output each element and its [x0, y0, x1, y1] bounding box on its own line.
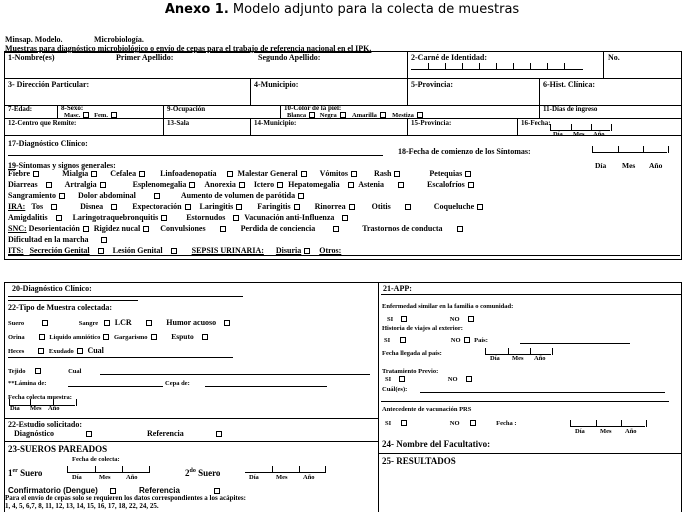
- symptom-checkbox[interactable]: [405, 204, 411, 210]
- symptom-label: Sangramiento: [8, 191, 56, 200]
- symptom-label: Cefalea: [110, 169, 136, 178]
- no-label: NO: [450, 316, 460, 323]
- symptom-checkbox[interactable]: [171, 248, 177, 254]
- label-tipo-muestra: 22-Tipo de Muestra colectada:: [8, 303, 112, 312]
- viajes-si-checkbox[interactable]: [400, 337, 406, 343]
- tratamiento-options: SI NO: [385, 375, 475, 384]
- label-centro-remite: 12-Centro que Remite:: [8, 119, 76, 128]
- symptom-checkbox[interactable]: [239, 182, 245, 188]
- suero-1-date-boxes[interactable]: [67, 466, 149, 473]
- symptom-checkbox[interactable]: [298, 193, 304, 199]
- label-edad: 7-Edad:: [8, 105, 32, 114]
- sample-label: Heces: [8, 348, 24, 355]
- symptom-label: Laringotraquebronquitis: [73, 213, 159, 222]
- symptom-label: Fiebre: [8, 169, 30, 178]
- anio-label: Año: [48, 405, 60, 412]
- symptom-label: Estornudos: [186, 213, 225, 222]
- si-label: SI: [385, 376, 391, 383]
- anio-label: Año: [303, 474, 315, 481]
- symptom-checkbox[interactable]: [349, 204, 355, 210]
- sample-label: Humor acuoso: [166, 318, 216, 327]
- symptom-checkbox[interactable]: [154, 193, 160, 199]
- label-municipio-2: 14-Municipio:: [254, 119, 296, 128]
- symptom-checkbox[interactable]: [294, 204, 300, 210]
- sexo-masc-checkbox[interactable]: [83, 112, 89, 118]
- symptom-checkbox[interactable]: [301, 171, 307, 177]
- suero-1-date-labels: DíaMesAño: [72, 474, 138, 481]
- ira-label: IRA:: [8, 202, 25, 211]
- symptom-checkbox[interactable]: [348, 182, 354, 188]
- si-label: SI: [384, 337, 390, 344]
- label-fecha-de-colecta: Fecha de colecta:: [72, 455, 120, 464]
- sample-label: Gargarismo: [114, 334, 148, 341]
- symptom-label: Astenia: [358, 180, 384, 189]
- cepa-input-line[interactable]: [205, 386, 327, 387]
- fecha-sintomas-boxes[interactable]: [592, 146, 667, 153]
- mes-label: Mes: [600, 428, 625, 435]
- estudio-row: Diagnóstico Referencia: [14, 429, 225, 438]
- fecha-colecta-labels: DíaMesAño: [10, 405, 60, 412]
- symptom-checkbox[interactable]: [236, 204, 242, 210]
- anio-label: Año: [126, 474, 138, 481]
- symptom-checkbox[interactable]: [111, 204, 117, 210]
- symptom-label: Artralgia: [65, 180, 97, 189]
- sample-label: Exudado: [49, 348, 74, 355]
- sample-checkbox[interactable]: [146, 320, 152, 326]
- label-viajes: Historia de viajes al exterior:: [382, 324, 463, 333]
- label-fecha-sintomas: 18-Fecha de comienzo de los Síntomas:: [398, 147, 531, 156]
- symptom-label: Disuria: [276, 246, 301, 255]
- symptom-label: Aumento de volumen de parótida: [181, 191, 295, 200]
- symptom-checkbox[interactable]: [59, 193, 65, 199]
- color-mestiza-checkbox[interactable]: [417, 112, 423, 118]
- symptom-label: Rinorrea: [315, 202, 346, 211]
- cual-input-line[interactable]: [100, 374, 370, 375]
- symptom-label: Linfoadenopatía: [160, 169, 216, 178]
- sample-label: Suero: [8, 320, 24, 327]
- symptom-label: Desorientación: [29, 224, 80, 233]
- label-dias-ingreso: 11-Días de ingreso: [543, 105, 597, 114]
- header-microbiologia: Microbiología.: [94, 35, 144, 44]
- note-line-2: 1, 4, 5, 6,7, 8, 11, 12, 13, 14, 15, 16,…: [5, 502, 159, 511]
- color-amarilla-checkbox[interactable]: [380, 112, 386, 118]
- symptom-checkbox[interactable]: [33, 171, 39, 177]
- fecha-llegada-boxes[interactable]: [485, 348, 551, 355]
- sample-checkbox[interactable]: [151, 334, 157, 340]
- pais-label: País:: [474, 337, 488, 344]
- vacunacion-fecha-labels: DíaMesAño: [575, 428, 637, 435]
- symptom-checkbox[interactable]: [101, 237, 107, 243]
- symptom-label: Perdida de conciencia: [241, 224, 316, 233]
- label-facultativo: 24- Nombre del Facultativo:: [382, 439, 490, 449]
- enfermedad-si-checkbox[interactable]: [401, 316, 407, 322]
- dia-label: Día: [10, 405, 30, 412]
- label-estudio: 22-Estudio solicitado:: [8, 420, 82, 429]
- label-vacunacion: Antecedente de vacunación PRS: [382, 405, 471, 414]
- its-label: ITS:: [8, 246, 24, 255]
- sample-checkbox[interactable]: [42, 320, 48, 326]
- muestra-row-1: Suero Sangre LCR Humor acuoso: [8, 318, 233, 328]
- sintomas-row-3: Sangramiento Dolor abdominal Aumento de …: [8, 191, 307, 200]
- symptom-label: Escalofríos: [427, 180, 465, 189]
- tratamiento-si-checkbox[interactable]: [399, 376, 405, 382]
- snc-row-1: SNC: Desorientación Rigidez nucal Convul…: [8, 224, 466, 233]
- page-title: Anexo 1. Modelo adjunto para la colecta …: [0, 2, 684, 17]
- symptom-label: Secreción Genital: [30, 246, 90, 255]
- its-row: ITS: Secreción Genital Lesión Genital SE…: [8, 246, 341, 255]
- symptom-label: Amigdalitis: [8, 213, 48, 222]
- color-negra-checkbox[interactable]: [340, 112, 346, 118]
- symptom-label: Tos: [31, 202, 43, 211]
- symptom-label: Hepatomegalia: [288, 180, 340, 189]
- symptom-checkbox[interactable]: [477, 204, 483, 210]
- anio-label: Año: [625, 428, 637, 435]
- sample-checkbox[interactable]: [104, 320, 110, 326]
- symptom-checkbox[interactable]: [398, 182, 404, 188]
- snc-row-2: Dificultad en la marcha: [8, 235, 110, 244]
- label-fecha: 16-Fecha:: [521, 119, 551, 128]
- symptom-label: Ictero: [254, 180, 274, 189]
- suero2-word: Suero: [196, 468, 221, 478]
- mes-label: Mes: [30, 405, 48, 412]
- fecha-date-boxes[interactable]: [550, 124, 610, 131]
- tratamiento-no-checkbox[interactable]: [466, 376, 472, 382]
- annex-label: Anexo 1.: [165, 2, 229, 17]
- label-sala: 13-Sala: [167, 119, 189, 128]
- symptom-label: Vacunación anti-Influenza: [244, 213, 334, 222]
- cual-label: Cual: [68, 368, 81, 375]
- symptom-label: Petequias: [429, 169, 462, 178]
- mes-label: Mes: [276, 474, 303, 481]
- symptom-checkbox[interactable]: [220, 226, 226, 232]
- tejido-row: Tejido Cual: [8, 367, 81, 376]
- no-label: NO: [450, 420, 460, 427]
- symptom-label: Mialgia: [62, 169, 88, 178]
- label-no: No.: [608, 53, 620, 62]
- suero-2-label: 2do Suero: [185, 466, 220, 478]
- no-label: NO: [448, 376, 458, 383]
- vacunacion-si-checkbox[interactable]: [401, 420, 407, 426]
- symptom-checkbox[interactable]: [46, 182, 52, 188]
- si-label: SI: [385, 420, 391, 427]
- dia-label: Día: [490, 355, 512, 362]
- enfermedad-options: SI NO: [387, 315, 477, 324]
- dia-label: Día: [249, 474, 276, 481]
- label-provincia-2: 15-Provincia:: [411, 119, 451, 128]
- viajes-options: SI NO País:: [384, 336, 488, 345]
- anio-label: Año: [649, 161, 662, 170]
- symptom-label: Rigidez nucal: [94, 224, 140, 233]
- sample-checkbox[interactable]: [224, 320, 230, 326]
- symptom-checkbox[interactable]: [100, 182, 106, 188]
- diagnostico-checkbox[interactable]: [86, 431, 92, 437]
- sexo-masc-label: Masc.: [64, 112, 80, 119]
- sintomas-row-1: Fiebre Mialgia Cefalea Linfoadenopatía M…: [8, 169, 474, 178]
- symptom-label: Laringitis: [200, 202, 234, 211]
- symptom-checkbox[interactable]: [189, 182, 195, 188]
- fecha-llegada-labels: DíaMesAño: [490, 355, 546, 362]
- symptom-checkbox[interactable]: [139, 171, 145, 177]
- fecha-label: Fecha :: [496, 420, 516, 427]
- symptom-label: Coqueluche: [434, 202, 474, 211]
- mes-label: Mes: [99, 474, 126, 481]
- symptom-checkbox[interactable]: [51, 204, 57, 210]
- symptom-label: Expectoración: [132, 202, 181, 211]
- symptom-checkbox[interactable]: [277, 182, 283, 188]
- symptom-checkbox[interactable]: [333, 226, 339, 232]
- symptom-label: Dificultad en la marcha: [8, 235, 89, 244]
- sample-label: LCR: [115, 318, 132, 327]
- sample-checkbox[interactable]: [202, 334, 208, 340]
- symptom-checkbox[interactable]: [83, 226, 89, 232]
- snc-label: SNC:: [8, 224, 27, 233]
- symptom-checkbox[interactable]: [227, 171, 233, 177]
- label-lamina: **Lámina de:: [8, 379, 46, 388]
- dia-label: Día: [72, 474, 99, 481]
- vacunacion-fecha-boxes[interactable]: [570, 420, 645, 427]
- label-ocupacion: 9-Ocupación: [167, 105, 205, 114]
- suero1-word: Suero: [18, 468, 43, 478]
- symptom-checkbox[interactable]: [56, 215, 62, 221]
- label-carne: 2-Carné de Identidad:: [411, 53, 487, 62]
- sample-checkbox[interactable]: [103, 334, 109, 340]
- sample-label: Orina: [8, 334, 25, 341]
- no-label: NO: [451, 337, 461, 344]
- symptom-label: Anorexia: [204, 180, 235, 189]
- symptom-checkbox[interactable]: [91, 171, 97, 177]
- symptom-checkbox[interactable]: [185, 204, 191, 210]
- sintomas-row-2: Diarreas Artralgia Esplenomegalia Anorex…: [8, 180, 477, 189]
- sample-label: Liquido amniótico: [49, 334, 100, 341]
- enfermedad-no-checkbox[interactable]: [468, 316, 474, 322]
- suero-2-date-boxes[interactable]: [245, 466, 325, 473]
- sepsis-label: SEPSIS URINARIA:: [192, 246, 264, 255]
- symptom-label: Diarreas: [8, 180, 38, 189]
- symptom-label: Faringitis: [257, 202, 290, 211]
- dia-label: Día: [575, 428, 600, 435]
- label-provincia: 5-Provincia:: [411, 80, 453, 89]
- symptom-label: Trastornos de conducta: [362, 224, 442, 233]
- symptom-label: Convulsiones: [160, 224, 205, 233]
- symptom-checkbox[interactable]: [351, 171, 357, 177]
- symptom-label: Rash: [374, 169, 391, 178]
- label-cepa: Cepa de:: [165, 379, 190, 388]
- label-app: 21-APP:: [383, 284, 412, 293]
- symptom-label: Disnea: [80, 202, 103, 211]
- label-hist-clinica: 6-Hist. Clínica:: [543, 80, 595, 89]
- color-negra-label: Negra: [320, 112, 337, 119]
- sexo-fem-checkbox[interactable]: [111, 112, 117, 118]
- pais-input-line[interactable]: [520, 343, 630, 344]
- symptom-checkbox[interactable]: [468, 182, 474, 188]
- mes-label: Mes: [512, 355, 534, 362]
- symptom-label: Lesión Genital: [113, 246, 163, 255]
- referencia-label: Referencia: [147, 429, 184, 438]
- symptom-checkbox[interactable]: [98, 248, 104, 254]
- symptom-checkbox[interactable]: [394, 171, 400, 177]
- label-diagnostico-clinico: 17-Diagnóstico Clínico:: [8, 139, 88, 148]
- sample-label: Cual: [87, 346, 103, 355]
- symptom-checkbox[interactable]: [143, 226, 149, 232]
- label-fecha-llegada: Fecha llegada al país:: [382, 349, 442, 358]
- si-label: SI: [387, 316, 393, 323]
- tejido-checkbox[interactable]: [35, 368, 41, 374]
- header-minsap: Minsap. Modelo.: [5, 35, 63, 44]
- dia-label: Día: [595, 161, 622, 170]
- otros-label: Otros:: [319, 246, 341, 255]
- label-resultados: 25- RESULTADOS: [382, 456, 456, 466]
- sample-label: Esputo: [171, 332, 194, 341]
- label-sueros-pareados: 23-SUEROS PAREADOS: [8, 444, 107, 454]
- color-options: Blanca Negra Amarilla Mestiza: [287, 111, 426, 120]
- label-municipio: 4-Municipio:: [254, 80, 298, 89]
- carne-digit-boxes[interactable]: [411, 63, 583, 70]
- vacunacion-options: SI NO Fecha :: [385, 419, 517, 428]
- sample-checkbox[interactable]: [38, 348, 44, 354]
- color-amarilla-label: Amarilla: [352, 112, 377, 119]
- lamina-input-line[interactable]: [68, 386, 163, 387]
- annex-title: Modelo adjunto para la colecta de muestr…: [229, 2, 519, 17]
- suero-1-label: 1er Suero: [8, 466, 42, 478]
- symptom-label: Malestar General: [238, 169, 298, 178]
- label-cuales: Cuál(es):: [382, 385, 407, 394]
- color-blanca-checkbox[interactable]: [309, 112, 315, 118]
- color-mestiza-label: Mestiza: [392, 112, 414, 119]
- muestra-row-3: Heces Exudado Cual: [8, 346, 104, 356]
- sexo-fem-label: Fem.: [94, 112, 108, 119]
- muestra-row-2: Orina Liquido amniótico Gargarismo Esput…: [8, 332, 211, 342]
- ira-row-2: Amigdalitis Laringotraquebronquitis Esto…: [8, 213, 351, 222]
- symptom-label: Vómitos: [320, 169, 348, 178]
- sample-label: Sangre: [79, 320, 98, 327]
- ira-row-1: IRA: Tos Disnea Expectoración Laringitis…: [8, 202, 486, 211]
- label-segundo-apellido: Segundo Apellido:: [258, 53, 320, 62]
- symptom-label: Dolor abdominal: [78, 191, 136, 200]
- color-blanca-label: Blanca: [287, 112, 306, 119]
- label-direccion: 3- Dirección Particular:: [8, 80, 89, 89]
- referencia-checkbox[interactable]: [216, 431, 222, 437]
- symptom-checkbox[interactable]: [342, 215, 348, 221]
- sample-checkbox[interactable]: [77, 348, 83, 354]
- label-primer-apellido: Primer Apellido:: [116, 53, 173, 62]
- viajes-no-checkbox[interactable]: [464, 337, 470, 343]
- diagnostico-label: Diagnóstico: [14, 429, 54, 438]
- symptom-checkbox[interactable]: [304, 248, 310, 254]
- vacunacion-no-checkbox[interactable]: [470, 420, 476, 426]
- label-enfermedad: Enfermedad similar en la familia o comun…: [382, 302, 513, 311]
- label-diagnostico-clinico-20: 20-Diagnóstico Clínico:: [12, 284, 92, 293]
- sample-checkbox[interactable]: [39, 334, 45, 340]
- symptom-checkbox[interactable]: [457, 226, 463, 232]
- suero-2-date-labels: DíaMesAño: [249, 474, 315, 481]
- symptom-checkbox[interactable]: [161, 215, 167, 221]
- symptom-label: Otitis: [372, 202, 391, 211]
- anio-label: Año: [534, 355, 546, 362]
- fecha-sintomas-labels: DíaMesAño: [595, 161, 662, 170]
- cuales-input-line[interactable]: [420, 392, 665, 393]
- symptom-label: Esplenomegalia: [133, 180, 187, 189]
- symptom-checkbox[interactable]: [233, 215, 239, 221]
- mes-label: Mes: [622, 161, 649, 170]
- tejido-label: Tejido: [8, 368, 25, 375]
- label-nombre: 1-Nombre(es): [8, 53, 55, 62]
- symptom-checkbox[interactable]: [465, 171, 471, 177]
